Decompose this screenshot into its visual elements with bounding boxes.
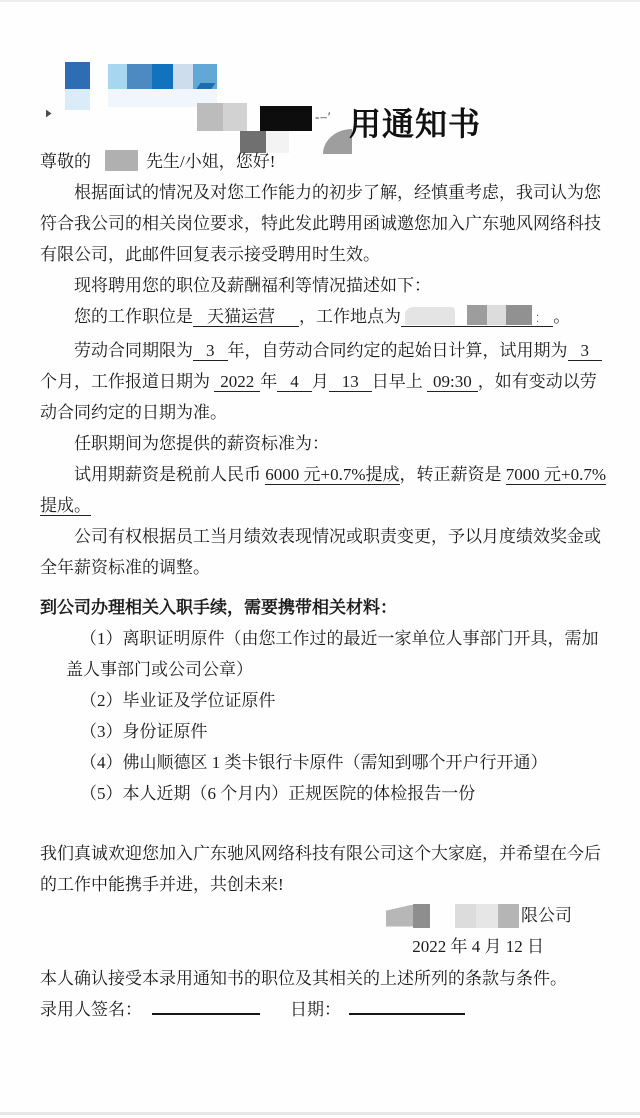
title-remnant-strokes: -–′: [315, 109, 332, 125]
position-prefix: 您的工作职位是: [74, 307, 193, 326]
contract-text: 月: [312, 372, 329, 391]
greeting-suffix: 先生/小姐，您好!: [146, 152, 275, 171]
contract-text: 个月，工作报道日期为: [40, 372, 214, 391]
material-item-5: （5）本人近期（6 个月内）正规医院的体检报告一份: [40, 778, 610, 809]
work-location-redacted: ⁚: [401, 307, 553, 327]
logo-mosaic-block: [108, 64, 127, 89]
intro-paragraph: 根据面试的情况及对您工作能力的初步了解，经慎重考虑，我司认为您符合我公司的相关岗…: [40, 177, 610, 270]
location-redaction-block: [506, 305, 532, 325]
salary-lead: 任职期间为您提供的薪资标准为：: [40, 428, 610, 459]
closing-paragraph: 我们真诚欢迎您加入广东驰风网络科技有限公司这个大家庭，并希望在今后的工作中能携手…: [40, 838, 610, 900]
company-name-redaction-block: [413, 904, 430, 928]
material-item-2: （2）毕业证及学位证原件: [40, 685, 610, 716]
signee-blank-line: [152, 1000, 260, 1015]
date-blank-line: [349, 1000, 465, 1015]
logo-mosaic-block: [65, 89, 90, 110]
title-redaction-block: [260, 106, 312, 131]
contract-text: 年: [260, 372, 277, 391]
company-name-redaction-block: [386, 905, 413, 927]
title-redaction-block: [197, 103, 223, 131]
material-item-3: （3）身份证原件: [40, 716, 610, 747]
offer-letter-page: ▸ -–′ 用通知书 尊敬的先生/小姐，您好! 根据面试的情况及对您工作能力的初…: [0, 0, 640, 1118]
confirmation-paragraph: 本人确认接受本录用通知书的职位及其相关的上述所列的条款与条件。: [40, 963, 610, 994]
report-day-value: 13: [329, 372, 372, 392]
date-label: 日期：: [290, 1000, 341, 1019]
location-redaction-block: [487, 305, 506, 325]
description-lead: 现将聘用您的职位及薪酬福利等情况描述如下：: [40, 270, 610, 301]
company-name-redaction-block: [476, 904, 498, 928]
logo-mosaic-block: [152, 64, 173, 89]
probation-months-value: 3: [568, 341, 603, 361]
page-top-divider: [0, 0, 640, 2]
material-item-1: （1）离职证明原件（由您工作过的最近一家单位人事部门开具，需加盖人事部门或公司公…: [40, 623, 610, 685]
page-bottom-divider: [0, 1112, 640, 1115]
report-year-value: 2022: [214, 372, 260, 392]
salary-text: 试用期薪资是税前人民币: [74, 465, 265, 484]
page-title: 用通知书: [349, 99, 481, 145]
position-period: 。: [553, 307, 570, 326]
contract-line: 劳动合同期限为3年，自劳动合同约定的起始日计算，试用期为3个月，工作报道日期为 …: [40, 335, 610, 428]
material-item-4: （4）佛山顺德区 1 类卡银行卡原件（需知到哪个开户行开通）: [40, 747, 610, 778]
contract-text: 日早上: [372, 372, 427, 391]
contract-text: 年，自劳动合同约定的起始日计算，试用期为: [228, 341, 568, 360]
signature-line-row: 录用人签名：日期：: [40, 994, 610, 1025]
company-name-suffix: 限公司: [521, 900, 572, 931]
company-name-redaction-block: [498, 904, 519, 928]
contract-years-value: 3: [193, 341, 228, 361]
recipient-name-redaction: [105, 150, 138, 171]
signee-label: 录用人签名：: [40, 1000, 142, 1019]
adjustment-paragraph: 公司有权根据员工当月绩效表现情况或职责变更，予以月度绩效奖金或全年薪资标准的调整…: [40, 521, 610, 583]
position-value: 天猫运营: [193, 307, 299, 327]
greeting-prefix: 尊敬的: [40, 152, 91, 171]
report-time-value: 09:30: [427, 372, 478, 392]
location-redaction-block: [405, 307, 455, 325]
location-remnant-mark: ⁚: [536, 314, 539, 325]
salary-text: ，转正薪资是: [400, 465, 506, 484]
company-name-redaction-block: [455, 904, 476, 928]
materials-heading: 到公司办理相关入职手续，需要携带相关材料：: [40, 592, 610, 623]
signature-date: 2022 年 4 月 12 日: [40, 931, 610, 962]
logo-mosaic-block: [173, 64, 193, 89]
letter-body: 尊敬的先生/小姐，您好! 根据面试的情况及对您工作能力的初步了解，经慎重考虑，我…: [40, 146, 610, 1025]
position-middle: ，工作地点为: [299, 307, 401, 326]
location-redaction-block: [467, 305, 487, 325]
logo-mosaic-block: [65, 62, 90, 89]
contract-text: 劳动合同期限为: [74, 341, 193, 360]
probation-salary-value: 6000 元+0.7%提成: [265, 465, 399, 485]
company-signature-row: 限公司: [40, 900, 610, 931]
position-line: 您的工作职位是天猫运营，工作地点为⁚。: [40, 301, 610, 335]
report-month-value: 4: [277, 372, 312, 392]
title-redaction-block: [223, 103, 247, 131]
logo-remnant-mark: ▸: [46, 103, 52, 121]
logo-mosaic-block: [127, 64, 152, 89]
salary-line: 试用期薪资是税前人民币 6000 元+0.7%提成，转正薪资是 7000 元+0…: [40, 459, 610, 521]
greeting-line: 尊敬的先生/小姐，您好!: [40, 146, 610, 177]
